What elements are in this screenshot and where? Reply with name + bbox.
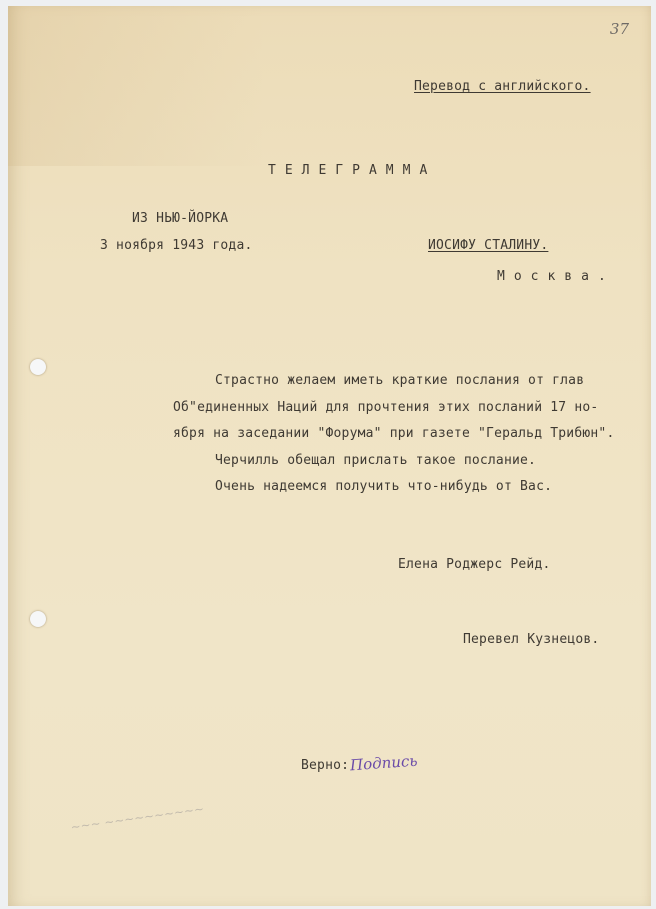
punch-hole <box>30 359 46 375</box>
date: 3 ноября 1943 года. <box>100 238 253 253</box>
origin: ИЗ НЬЮ-ЙОРКА <box>132 211 228 226</box>
handwritten-signature: Подпись <box>349 752 418 775</box>
document-title: ТЕЛЕГРАММА <box>268 163 436 178</box>
translator-line: Перевел Кузнецов. <box>463 632 599 647</box>
certified-label: Верно: <box>301 758 349 773</box>
body-line: Об"единенных Наций для прочтения этих по… <box>173 400 598 415</box>
pencil-note: ~~~ ~~~~~~~~~~ <box>70 802 205 835</box>
recipient-city: Москва. <box>497 269 615 284</box>
document-page: 37 Перевод с английского. ТЕЛЕГРАММА ИЗ … <box>8 6 651 906</box>
punch-hole <box>30 611 46 627</box>
body-line: Очень надеемся получить что-нибудь от Ва… <box>215 479 552 494</box>
translation-note: Перевод с английского. <box>414 79 591 94</box>
sender-signature: Елена Роджерс Рейд. <box>398 557 551 572</box>
page-number: 37 <box>610 20 629 38</box>
body-line: Черчилль обещал прислать такое послание. <box>215 453 536 468</box>
recipient: ИОСИФУ СТАЛИНУ. <box>428 238 548 253</box>
body-line: ября на заседании "Форума" при газете "Г… <box>173 426 614 441</box>
body-line: Страстно желаем иметь краткие послания о… <box>215 373 584 388</box>
